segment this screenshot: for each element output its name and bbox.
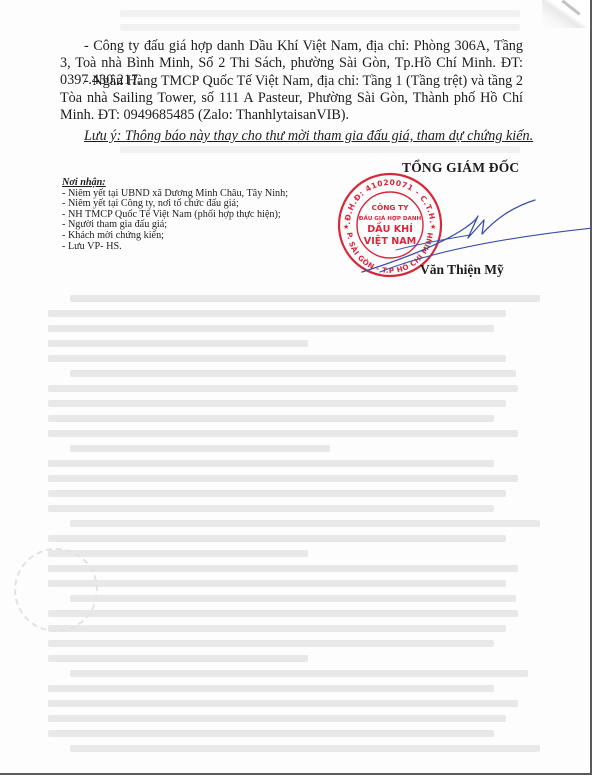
bleed-line bbox=[48, 625, 506, 632]
signatory-name: Văn Thiện Mỹ bbox=[420, 262, 504, 278]
bleed-line bbox=[48, 655, 308, 662]
bleed-line bbox=[70, 670, 528, 677]
bleed-line bbox=[48, 400, 506, 407]
bleed-line bbox=[120, 24, 520, 31]
recipient-item: - Lưu VP- HS. bbox=[62, 242, 288, 253]
bleed-line bbox=[48, 460, 494, 467]
bleed-line bbox=[48, 535, 506, 542]
bleed-line bbox=[70, 745, 540, 752]
bleed-line bbox=[48, 415, 494, 422]
bleed-line bbox=[70, 595, 516, 602]
bleed-line bbox=[48, 685, 494, 692]
star-icon: ★ bbox=[343, 223, 349, 231]
bleed-line bbox=[48, 490, 506, 497]
bleed-line bbox=[48, 550, 308, 557]
bleed-line bbox=[48, 385, 518, 392]
bleed-line bbox=[48, 715, 506, 722]
bleed-line bbox=[70, 520, 540, 527]
bleed-line bbox=[48, 355, 506, 362]
bleed-line bbox=[70, 445, 330, 452]
bleed-line bbox=[48, 310, 506, 317]
bleed-line bbox=[48, 700, 518, 707]
bleed-line bbox=[48, 340, 308, 347]
bleed-line bbox=[48, 580, 506, 587]
bleed-line bbox=[48, 475, 518, 482]
bleed-line bbox=[120, 10, 520, 17]
scanned-document-page: - Công ty đấu giá hợp danh Dầu Khí Việt … bbox=[0, 0, 592, 775]
contact-paragraph-bank: - Ngân Hàng TMCP Quốc Tế Việt Nam, địa c… bbox=[60, 73, 523, 124]
bleed-line bbox=[48, 325, 494, 332]
bleed-line bbox=[48, 640, 494, 647]
bleed-line bbox=[48, 730, 494, 737]
bleed-line bbox=[70, 370, 516, 377]
recipient-item: - Khách mời chứng kiến; bbox=[62, 231, 288, 242]
note-text: Lưu ý: Thông báo này thay cho thư mời th… bbox=[84, 128, 533, 145]
bleed-line bbox=[48, 565, 518, 572]
paragraph-text: - Ngân Hàng TMCP Quốc Tế Việt Nam, địa c… bbox=[60, 73, 523, 124]
recipients-title: Nơi nhận: bbox=[62, 178, 288, 189]
bleed-line bbox=[48, 430, 518, 437]
bleed-line bbox=[48, 610, 518, 617]
bleed-line bbox=[48, 505, 494, 512]
recipients-block: Nơi nhận: - Niêm yết tại UBND xã Dương M… bbox=[62, 178, 288, 252]
page-curl-corner bbox=[542, 0, 590, 28]
bleed-through-stamp bbox=[14, 548, 98, 632]
bleed-line bbox=[120, 146, 520, 153]
bleed-line bbox=[70, 295, 540, 302]
